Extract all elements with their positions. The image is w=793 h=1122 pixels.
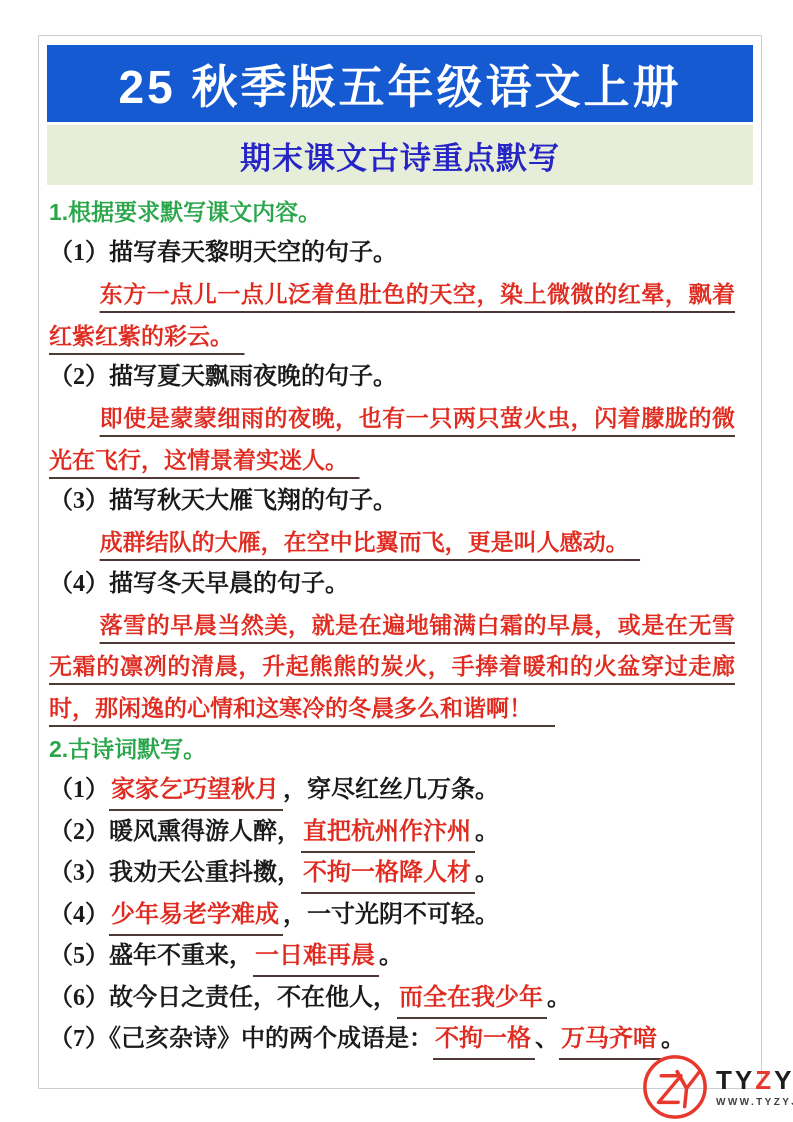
poem-text: 。 [475,860,499,886]
poem-text: 。 [547,985,571,1011]
poem-text: （7）《己亥杂诗》中的两个成语是： [49,1026,433,1052]
poem-line: （6）故今日之责任，不在他人，而全在我少年。 [49,978,735,1020]
page-subtitle: 期末课文古诗重点默写 [240,133,560,178]
poem-text: ，穿尽红丝几万条。 [283,777,499,803]
answer-blank: 直把杭州作汴州 [301,819,475,853]
poem-text: ，一寸光阴不可轻。 [283,902,499,928]
brand-name: TYZYW [716,1067,793,1093]
section2-heading: 2.古诗词默写。 [49,729,735,770]
answer-blank: 不拘一格 [433,1026,535,1060]
poem-line: （3）我劝天公重抖擞，不拘一格降人材。 [49,853,735,895]
poem-text: 。 [475,819,499,845]
poem-text: 。 [379,943,403,969]
answer-text: 成群结队的大雁，在空中比翼而飞，更是叫人感动。 [49,522,735,564]
poem-text: （5）盛年不重来， [49,943,253,969]
poem-text: （4） [49,902,109,928]
question-line: （3）描写秋天大雁飞翔的句子。 [49,481,735,522]
answer-blank: 一日难再晨 [253,943,379,977]
answer-blank: 少年易老学难成 [109,902,283,936]
question-line: （1）描写春天黎明天空的句子。 [49,233,735,274]
answer-text: 落雪的早晨当然美，就是在遍地铺满白霜的早晨，或是在无雪无霜的凛冽的清晨，升起熊熊… [49,605,735,730]
answer-blank: 而全在我少年 [397,985,547,1019]
poem-text: （1） [49,777,109,803]
answer-text: 东方一点儿一点儿泛着鱼肚色的天空，染上微微的红晕，飘着红紫红紫的彩云。 [49,274,735,357]
document-body: 1.根据要求默写课文内容。 （1）描写春天黎明天空的句子。东方一点儿一点儿泛着鱼… [39,185,761,1061]
brand-letter: TY [716,1065,755,1095]
subtitle-banner: 期末课文古诗重点默写 [47,125,753,185]
poem-text: 。 [661,1026,685,1052]
brand-text-block: TYZYW WWW.TYZYJ.CN [716,1067,793,1108]
poem-line: （1）家家乞巧望秋月，穿尽红丝几万条。 [49,770,735,812]
poem-line: （2）暖风熏得游人醉，直把杭州作汴州。 [49,812,735,854]
poem-line: （7）《己亥杂诗》中的两个成语是：不拘一格、万马齐喑。 [49,1019,735,1061]
section1-heading: 1.根据要求默写课文内容。 [49,192,735,233]
answer-text: 即使是蒙蒙细雨的夜晚，也有一只两只萤火虫，闪着朦胧的微光在飞行，这情景着实迷人。 [49,398,735,481]
answer-blank: 不拘一格降人材 [301,860,475,894]
section1-items: （1）描写春天黎明天空的句子。东方一点儿一点儿泛着鱼肚色的天空，染上微微的红晕，… [49,233,735,729]
brand-letter: Z [755,1065,774,1095]
header-banner: 25 秋季版五年级语文上册 [47,45,753,122]
page-title: 25 秋季版五年级语文上册 [119,51,682,117]
section2-items: （1）家家乞巧望秋月，穿尽红丝几万条。（2）暖风熏得游人醉，直把杭州作汴州。（3… [49,770,735,1061]
question-line: （4）描写冬天早晨的句子。 [49,564,735,605]
answer-blank: 家家乞巧望秋月 [109,777,283,811]
brand-letter: YW [774,1065,793,1095]
poem-text: 、 [535,1026,559,1052]
question-line: （2）描写夏天飘雨夜晚的句子。 [49,357,735,398]
brand-url: WWW.TYZYJ.CN [716,1097,793,1108]
brand-logo: TYZYW WWW.TYZYJ.CN [640,1052,793,1122]
zy-monogram-icon [640,1052,710,1122]
poem-text: （2）暖风熏得游人醉， [49,819,301,845]
poem-text: （6）故今日之责任，不在他人， [49,985,397,1011]
page-frame: 25 秋季版五年级语文上册 期末课文古诗重点默写 1.根据要求默写课文内容。 （… [38,35,762,1089]
poem-line: （4）少年易老学难成，一寸光阴不可轻。 [49,895,735,937]
poem-line: （5）盛年不重来，一日难再晨。 [49,936,735,978]
poem-text: （3）我劝天公重抖擞， [49,860,301,886]
